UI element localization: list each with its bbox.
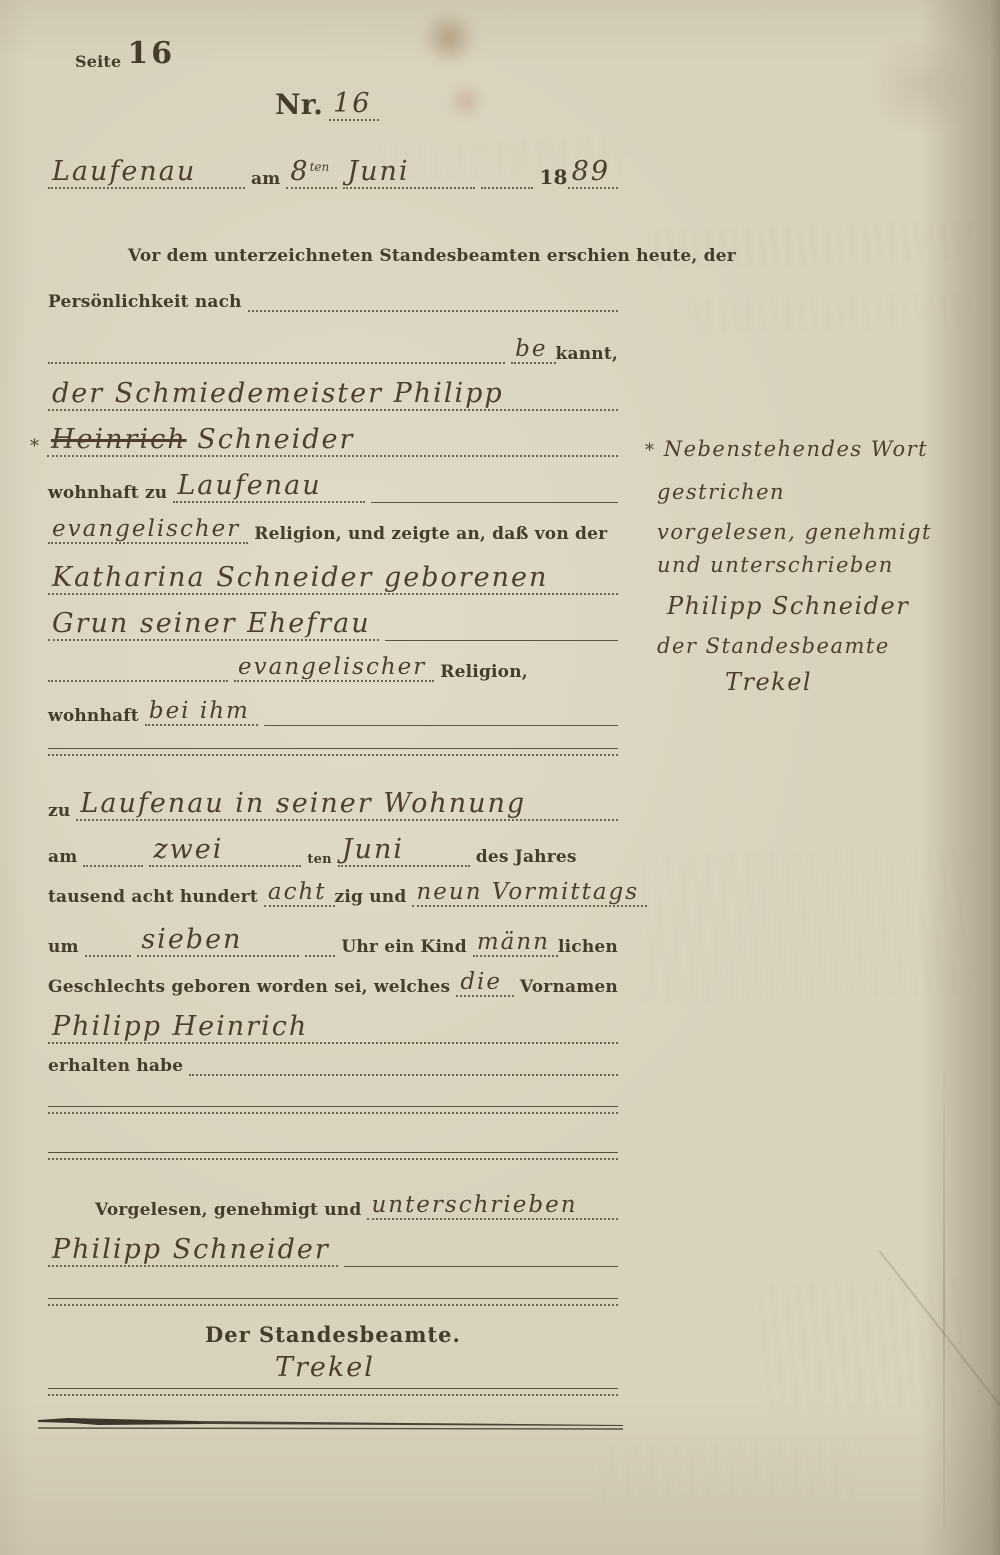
page-crease <box>879 1250 1000 1416</box>
bleed-through <box>690 291 971 334</box>
birthdate-line: am zwei ten Juni des Jahres <box>48 834 618 867</box>
margin-asterisk: * <box>30 436 41 457</box>
fill-line <box>385 638 618 641</box>
bleed-through <box>638 846 972 1005</box>
mother-residence-entry: bei ihm <box>145 698 258 726</box>
residence-line: wohnhaft zu Laufenau <box>48 470 618 503</box>
fill-line <box>305 953 335 957</box>
mother-entry1: Katharina Schneider geborenen <box>48 562 618 595</box>
note-signature: Philipp Schneider <box>667 592 909 620</box>
vorgelesen-line: Vorgelesen, genehmigt und unterschrieben <box>95 1192 618 1220</box>
residence-entry: Laufenau <box>173 470 365 503</box>
declarant-line2: * Heinrich Schneider <box>30 424 618 457</box>
fill-line <box>48 360 505 364</box>
record-number-label: Nr. <box>275 88 323 121</box>
record-number-entry: 16 <box>329 88 379 121</box>
stain <box>420 12 478 64</box>
page-label: Seite <box>75 52 121 71</box>
birthplace-line: zu Laufenau in seiner Wohnung <box>48 788 618 821</box>
mother-residence-line: wohnhaft bei ihm <box>48 698 618 726</box>
vornamen-line: Geschlechts geboren worden sei, welches … <box>48 969 618 997</box>
mother-entry2: Grun seiner Ehefrau <box>48 608 379 641</box>
struck-word: Heinrich <box>51 424 187 455</box>
religion1-line: evangelischer Religion, und zeigte an, d… <box>48 516 618 544</box>
unterschrieben-entry: unterschrieben <box>367 1192 618 1220</box>
page-crease <box>943 1050 945 1555</box>
inked-rule <box>38 1412 623 1430</box>
year-ones-entry: neun Vormittags <box>412 879 647 907</box>
fill-line <box>83 863 143 867</box>
fill-line <box>264 723 618 726</box>
bekannt-print: kannt, <box>556 344 619 364</box>
fill-line <box>189 1072 618 1076</box>
year-entry: 89 <box>568 156 618 189</box>
declarant-line1: der Schmiedemeister Philipp <box>48 378 618 411</box>
child-names-entry: Philipp Heinrich <box>48 1011 618 1044</box>
birthday-suffix: ten <box>307 852 331 867</box>
intro-line2: Persönlichkeit nach <box>48 292 618 312</box>
mother-line1: Katharina Schneider geborenen <box>48 562 618 595</box>
birthhour-line: um sieben Uhr ein Kind männ lichen <box>48 924 618 957</box>
ruled-line <box>48 1388 618 1396</box>
fill-line <box>481 185 533 189</box>
birthmonth-entry: Juni <box>338 834 470 867</box>
bleed-through <box>758 1277 971 1412</box>
hour-entry: sieben <box>137 924 299 957</box>
fill-line <box>48 678 228 682</box>
year-tens-entry: acht <box>264 879 335 907</box>
die-entry: die <box>456 969 514 997</box>
am-label: am <box>251 169 280 189</box>
note-asterisk: * <box>645 440 656 461</box>
intro-line1: Vor dem unterzeichneten Standesbeamten e… <box>128 246 625 266</box>
fill-line <box>85 953 132 957</box>
birthplace-entry: Laufenau in seiner Wohnung <box>76 788 618 821</box>
date-line: Laufenau am 8ten Juni 18 89 <box>48 156 618 189</box>
mother-line2: Grun seiner Ehefrau <box>48 608 618 641</box>
note-registrar-signature: Trekel <box>725 668 812 696</box>
religion2-entry: evangelischer <box>234 654 434 682</box>
day-entry: 8ten <box>286 156 337 189</box>
gender-entry: männ <box>473 929 558 957</box>
ruled-line <box>48 1152 618 1160</box>
stain <box>860 40 980 130</box>
declarant-entry1: der Schmiedemeister Philipp <box>48 378 618 411</box>
declarant-signature: Philipp Schneider <box>48 1234 338 1267</box>
bleed-through <box>599 1437 860 1504</box>
page-number: 16 <box>127 36 175 71</box>
day-suffix: ten <box>310 160 330 174</box>
ruled-line <box>48 748 618 756</box>
ruled-line <box>48 1298 618 1306</box>
registrar-label: Der Standesbeamte. <box>205 1322 461 1347</box>
registrar-signature: Trekel <box>275 1352 375 1383</box>
ruled-line <box>48 1106 618 1114</box>
religion1-entry: evangelischer <box>48 516 248 544</box>
page-header: Seite 16 <box>75 36 275 71</box>
bekannt-line: be kannt, <box>48 336 618 364</box>
declarant-entry2: Heinrich Schneider <box>47 424 618 457</box>
registrar-signature-line: Trekel <box>275 1352 425 1383</box>
declarant-signature-line: Philipp Schneider <box>48 1234 618 1267</box>
record-number-line: Nr. 16 <box>275 88 465 121</box>
year-printed: 18 <box>539 165 567 189</box>
bekannt-entry: be <box>511 336 555 364</box>
birth-record-scan: Seite 16 Nr. 16 Laufenau am 8ten Juni 18… <box>0 0 1000 1555</box>
birthyear-line: tausend acht hundert acht zig und neun V… <box>48 879 618 907</box>
fill-line <box>371 500 618 503</box>
erhalten-line: erhalten habe <box>48 1056 618 1076</box>
place-entry: Laufenau <box>48 156 245 189</box>
fill-line <box>344 1264 618 1267</box>
registrar-label-line: Der Standesbeamte. <box>205 1322 445 1347</box>
birthday-entry: zwei <box>149 834 301 867</box>
month-entry: Juni <box>343 156 475 189</box>
fill-line <box>248 308 618 312</box>
religion2-line: evangelischer Religion, <box>48 654 618 682</box>
child-names-line: Philipp Heinrich <box>48 1011 618 1044</box>
